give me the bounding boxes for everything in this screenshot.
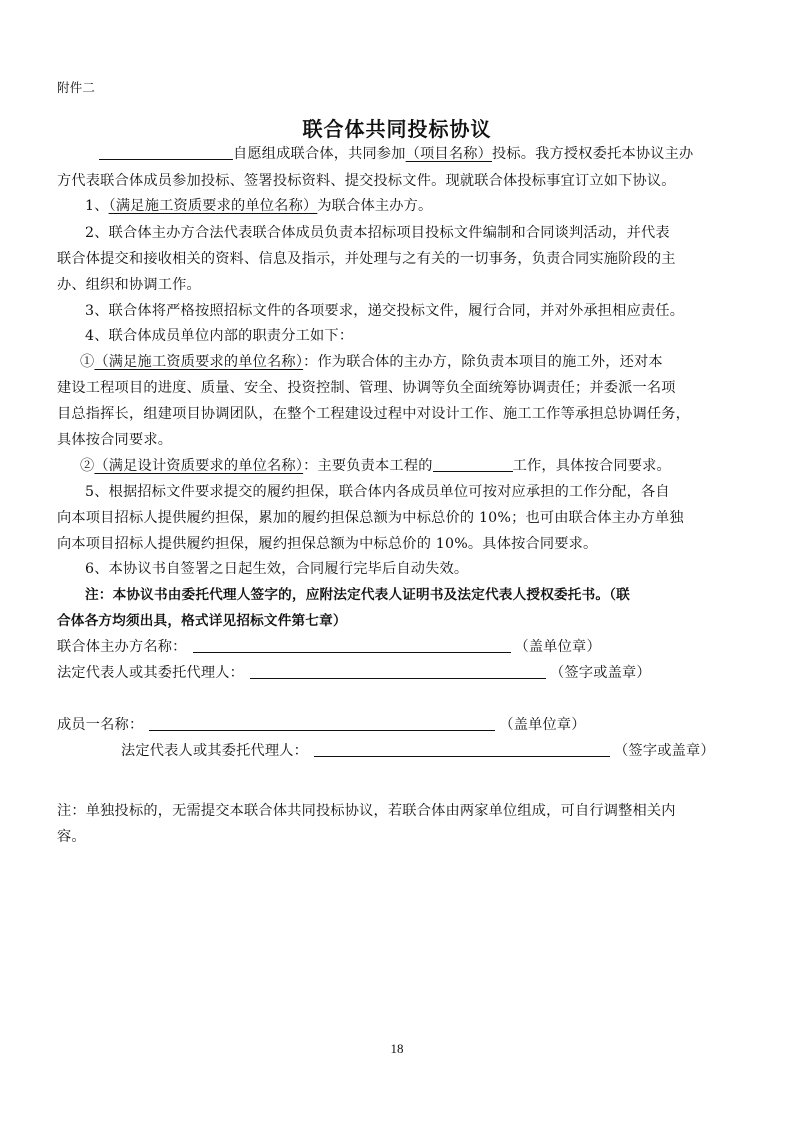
clause-6: 6、本协议书自签署之日起生效，合同履行完毕后自动失效。	[85, 560, 769, 578]
sign-note: （签字或盖章）	[614, 743, 715, 759]
clause-4-1-line-4: 具体按合同要求。	[57, 431, 741, 449]
work-scope-blank[interactable]	[433, 457, 513, 472]
page-number: 18	[0, 1041, 794, 1057]
footnote-line-1: 注：单独投标的，无需提交本联合体共同投标协议，若联合体由两家单位组成，可自行调整…	[57, 802, 741, 820]
clause-5-line-2: 向本项目招标人提供履约担保，累加的履约担保总额为中标总价的 10%；也可由联合体…	[57, 509, 741, 527]
lead-name-row: 联合体主办方名称：（盖单位章）	[57, 638, 741, 656]
member1-rep-label: 法定代表人或其委托代理人：	[121, 743, 308, 759]
member1-name-label: 成员一名称：	[57, 717, 143, 733]
seal-note: （盖单位章）	[499, 717, 585, 733]
clause-5-line-1: 5、根据招标文件要求提交的履约担保，联合体内各成员单位可按对应承担的工作分配，各…	[85, 483, 769, 501]
lead-unit-placeholder: （满足施工资质要求的单位名称）	[94, 354, 303, 370]
lead-rep-field[interactable]	[250, 664, 546, 679]
clause-text: 工作，具体按合同要求。	[513, 458, 671, 474]
intro-tail: 投标。我方授权委托本协议主办	[492, 146, 693, 162]
lead-rep-label: 法定代表人或其委托代理人：	[57, 665, 244, 681]
lead-rep-row: 法定代表人或其委托代理人：（签字或盖章）	[57, 664, 741, 682]
circled-number: ①	[80, 354, 94, 370]
clause-text: ：主要负责本工程的	[303, 458, 433, 474]
clause-4: 4、联合体成员单位内部的职责分工如下：	[85, 327, 769, 345]
member1-name-field[interactable]	[149, 716, 495, 731]
seal-note: （盖单位章）	[515, 639, 601, 655]
intro-text: 自愿组成联合体，共同参加	[233, 146, 406, 162]
lead-name-label: 联合体主办方名称：	[57, 639, 187, 655]
clause-text: ：作为联合体的主办方，除负责本项目的施工外，还对本	[303, 354, 663, 370]
clause-number: 1、	[85, 198, 109, 214]
clause-5-line-3: 向本项目招标人提供履约担保，履约担保总额为中标总价的 10%。具体按合同要求。	[57, 535, 741, 553]
clause-2-line-3: 办、组织和协调工作。	[57, 276, 741, 294]
document-page: 附件二 联合体共同投标协议 自愿组成联合体，共同参加（项目名称）投标。我方授权委…	[0, 0, 794, 1123]
intro-line-2: 方代表联合体成员参加投标、签署投标资料、提交投标文件。现就联合体投标事宜订立如下…	[57, 172, 741, 190]
lead-name-field[interactable]	[193, 638, 511, 653]
clause-4-2: ②（满足设计资质要求的单位名称）：主要负责本工程的工作，具体按合同要求。	[80, 457, 764, 475]
clause-4-1-line-3: 目总指挥长，组建项目协调团队，在整个工程建设过程中对设计工作、施工工作等承担总协…	[57, 405, 741, 423]
bold-note-line-2: 合体各方均须出具，格式详见招标文件第七章）	[57, 612, 741, 630]
intro-line-1: 自愿组成联合体，共同参加（项目名称）投标。我方授权委托本协议主办	[57, 145, 741, 163]
member1-rep-field[interactable]	[314, 742, 610, 757]
design-unit-placeholder: （满足设计资质要求的单位名称）	[94, 458, 303, 474]
lead-unit-placeholder: （满足施工资质要求的单位名称）	[109, 198, 318, 214]
clause-3: 3、联合体将严格按照招标文件的各项要求，递交投标文件，履行合同，并对外承担相应责…	[85, 302, 769, 320]
clause-2-line-1: 2、联合体主办方合法代表联合体成员负责本招标项目投标文件编制和合同谈判活动，并代…	[85, 224, 769, 242]
member1-name-row: 成员一名称：（盖单位章）	[57, 716, 741, 734]
sign-note: （签字或盖章）	[550, 665, 651, 681]
clause-4-1-line-2: 建设工程项目的进度、质量、安全、投资控制、管理、协调等负全面统筹协调责任；并委派…	[57, 379, 741, 397]
project-name-placeholder: （项目名称）	[406, 146, 492, 162]
clause-4-1-line-1: ①（满足施工资质要求的单位名称）：作为联合体的主办方，除负责本项目的施工外，还对…	[80, 353, 764, 371]
clause-2-line-2: 联合体提交和接收相关的资料、信息及指示，并处理与之有关的一切事务，负责合同实施阶…	[57, 250, 741, 268]
clause-1: 1、（满足施工资质要求的单位名称）为联合体主办方。	[85, 197, 769, 215]
parties-blank[interactable]	[99, 145, 233, 160]
attachment-label: 附件二	[57, 79, 741, 97]
circled-number: ②	[80, 458, 94, 474]
member1-rep-row: 法定代表人或其委托代理人：（签字或盖章）	[121, 742, 794, 760]
bold-note-line-1: 注：本协议书由委托代理人签字的，应附法定代表人证明书及法定代表人授权委托书。（联	[85, 586, 769, 604]
footnote-line-2: 容。	[57, 828, 741, 846]
clause-text: 为联合体主办方。	[317, 198, 432, 214]
page-title: 联合体共同投标协议	[0, 113, 794, 142]
